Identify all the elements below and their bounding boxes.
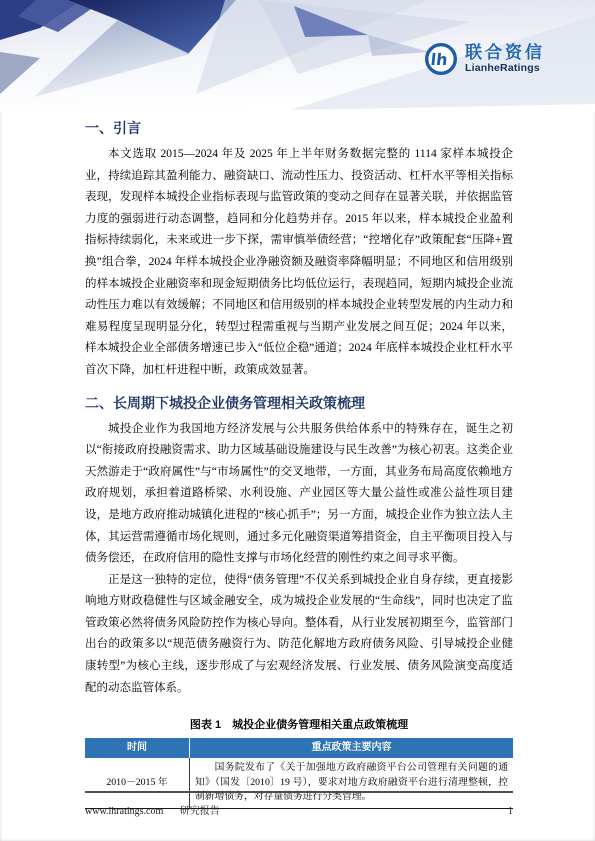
logo-monogram: lh [430,50,449,69]
table-caption: 图表 1 城投企业债务管理相关重点政策梳理 [85,716,513,732]
page-header: lh 联合资信 LianheRatings [0,0,595,112]
intro-paragraph: 本文选取 2015—2024 年及 2025 年上半年财务数据完整的 1114 … [85,144,513,382]
page-footer: www.lhratings.com 研究报告 1 [85,791,513,817]
column-header-content: 重点政策主要内容 [190,738,514,758]
footer-left: www.lhratings.com 研究报告 [85,802,234,817]
page-number: 1 [508,806,513,817]
document-body: 一、引言 本文选取 2015—2024 年及 2025 年上半年财务数据完整的 … [85,112,513,809]
brand-name-en: LianheRatings [465,62,545,74]
column-header-time: 时间 [85,738,190,758]
section-title-policy-review: 二、长周期下城投企业债务管理相关政策梳理 [85,394,513,412]
report-page: lh 联合资信 LianheRatings 一、引言 本文选取 2015—202… [0,0,595,841]
lianhe-logo-icon: lh [424,42,458,76]
brand-name-cn: 联合资信 [465,44,545,62]
footer-report-label: 研究报告 [180,806,220,817]
policy-paragraph-2: 正是这一独特的定位，使得“债务管理”不仅关系到城投企业自身存续，更直接影响地方财… [85,570,513,700]
table-header-row: 时间 重点政策主要内容 [85,738,513,758]
section-title-introduction: 一、引言 [85,119,513,137]
policy-paragraph-1: 城投企业作为我国地方经济发展与公共服务供给体系中的特殊存在，诞生之初以“衔接政府… [85,419,513,570]
footer-website: www.lhratings.com [85,806,163,817]
brand-logo: lh 联合资信 LianheRatings [424,42,545,76]
